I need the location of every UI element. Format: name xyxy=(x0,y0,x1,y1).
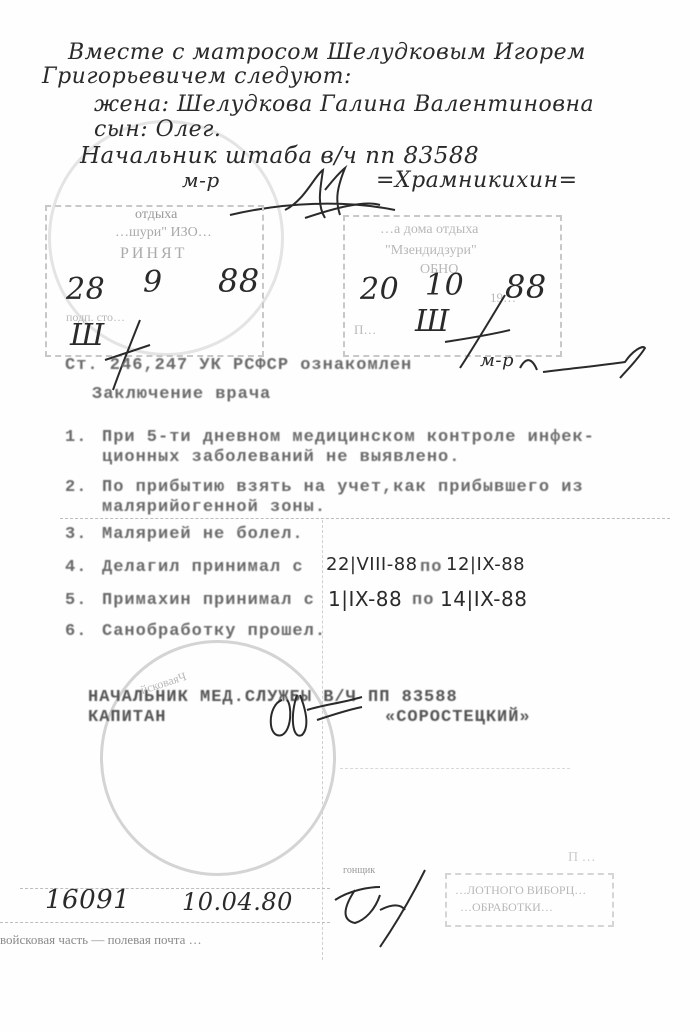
stamp-left-line2: …шури" ИЗО… xyxy=(115,225,212,241)
item-1-num: 1. xyxy=(65,428,87,447)
footer-stamp-text-1: …ЛОТНОГО ВИБОРЦ… xyxy=(455,883,586,898)
stamp-left-year: 88 xyxy=(218,262,260,300)
separator-line xyxy=(60,518,670,519)
item-2-cont: малярийогенной зоны. xyxy=(102,498,326,517)
scanned-document: йсковаяЧ Вместе с матросом Шелудковым Иг… xyxy=(0,0,700,1032)
item-5-text: Примахин принимал с xyxy=(102,591,315,610)
item-4-to-label: по xyxy=(420,558,442,577)
stamp-left-day: 28 xyxy=(66,272,105,307)
item-5-from-date: 1|IX-88 xyxy=(328,587,402,611)
item-5-to-date: 14|IX-88 xyxy=(440,587,527,611)
item-6-text: Санобработку прошел. xyxy=(102,622,326,641)
footer-corner-mark: П … xyxy=(568,850,596,866)
header-line-1: Вместе с матросом Шелудковым Игорем xyxy=(68,40,586,65)
stamp-right-day: 20 xyxy=(360,272,399,307)
acknowledgement-rank: м-р xyxy=(480,350,514,371)
signature-acknowledgement xyxy=(515,340,655,380)
signature-stamp-left xyxy=(95,315,165,395)
item-1-text: При 5-ти дневном медицинском контроле ин… xyxy=(102,428,595,447)
item-2-num: 2. xyxy=(65,478,87,497)
stamp-right-line2: "Мзендидзури" xyxy=(385,243,477,259)
item-5-to-label: по xyxy=(412,591,434,610)
header-line-2: Григорьевичем следуют: xyxy=(42,64,352,89)
item-3-text: Малярией не болел. xyxy=(102,525,304,544)
item-4-text: Делагил принимал с xyxy=(102,558,304,577)
chief-name: «СОРОСТЕЦКИЙ» xyxy=(385,708,531,727)
stamp-right-line1: …а дома отдыха xyxy=(380,222,478,238)
round-seal-bottom xyxy=(100,640,336,876)
header-line-4: сын: Олег. xyxy=(94,117,221,142)
item-4-from-date: 22|VIII-88 xyxy=(326,554,418,575)
header-line-3: жена: Шелудкова Галина Валентиновна xyxy=(94,92,594,117)
footer-printed-line: войсковая часть — полевая почта … xyxy=(0,932,202,948)
chief-rank: КАПИТАН xyxy=(88,708,166,727)
doctor-heading: Заключение врача xyxy=(92,385,271,404)
item-5-num: 5. xyxy=(65,591,87,610)
stamp-left-line1: отдыха xyxy=(135,207,177,223)
footer-date: 10.04.80 xyxy=(182,888,293,916)
item-1-cont: ционных заболеваний не выявлено. xyxy=(102,448,460,467)
item-2-text: По прибытию взять на учет,как прибывшего… xyxy=(102,478,584,497)
item-4-num: 4. xyxy=(65,558,87,577)
item-4-to-date: 12|IX-88 xyxy=(446,554,525,575)
item-6-num: 6. xyxy=(65,622,87,641)
item-3-num: 3. xyxy=(65,525,87,544)
footer-stamp-text-2: …ОБРАБОТКИ… xyxy=(460,900,553,915)
faint-line-1 xyxy=(340,768,570,769)
footer-number: 16091 xyxy=(45,885,130,915)
stamp-left-line3: РИНЯТ xyxy=(120,245,187,263)
stamp-left-month: 9 xyxy=(143,265,163,300)
signature-footer xyxy=(325,865,435,950)
header-rank: м-р xyxy=(182,168,220,192)
signature-medical-chief xyxy=(262,685,372,750)
acknowledgement-text: Ст. 246,247 УК РСФСР ознакомлен xyxy=(65,356,412,375)
footer-line-bottom xyxy=(0,922,330,923)
stamp-right-caption: П… xyxy=(354,322,376,338)
